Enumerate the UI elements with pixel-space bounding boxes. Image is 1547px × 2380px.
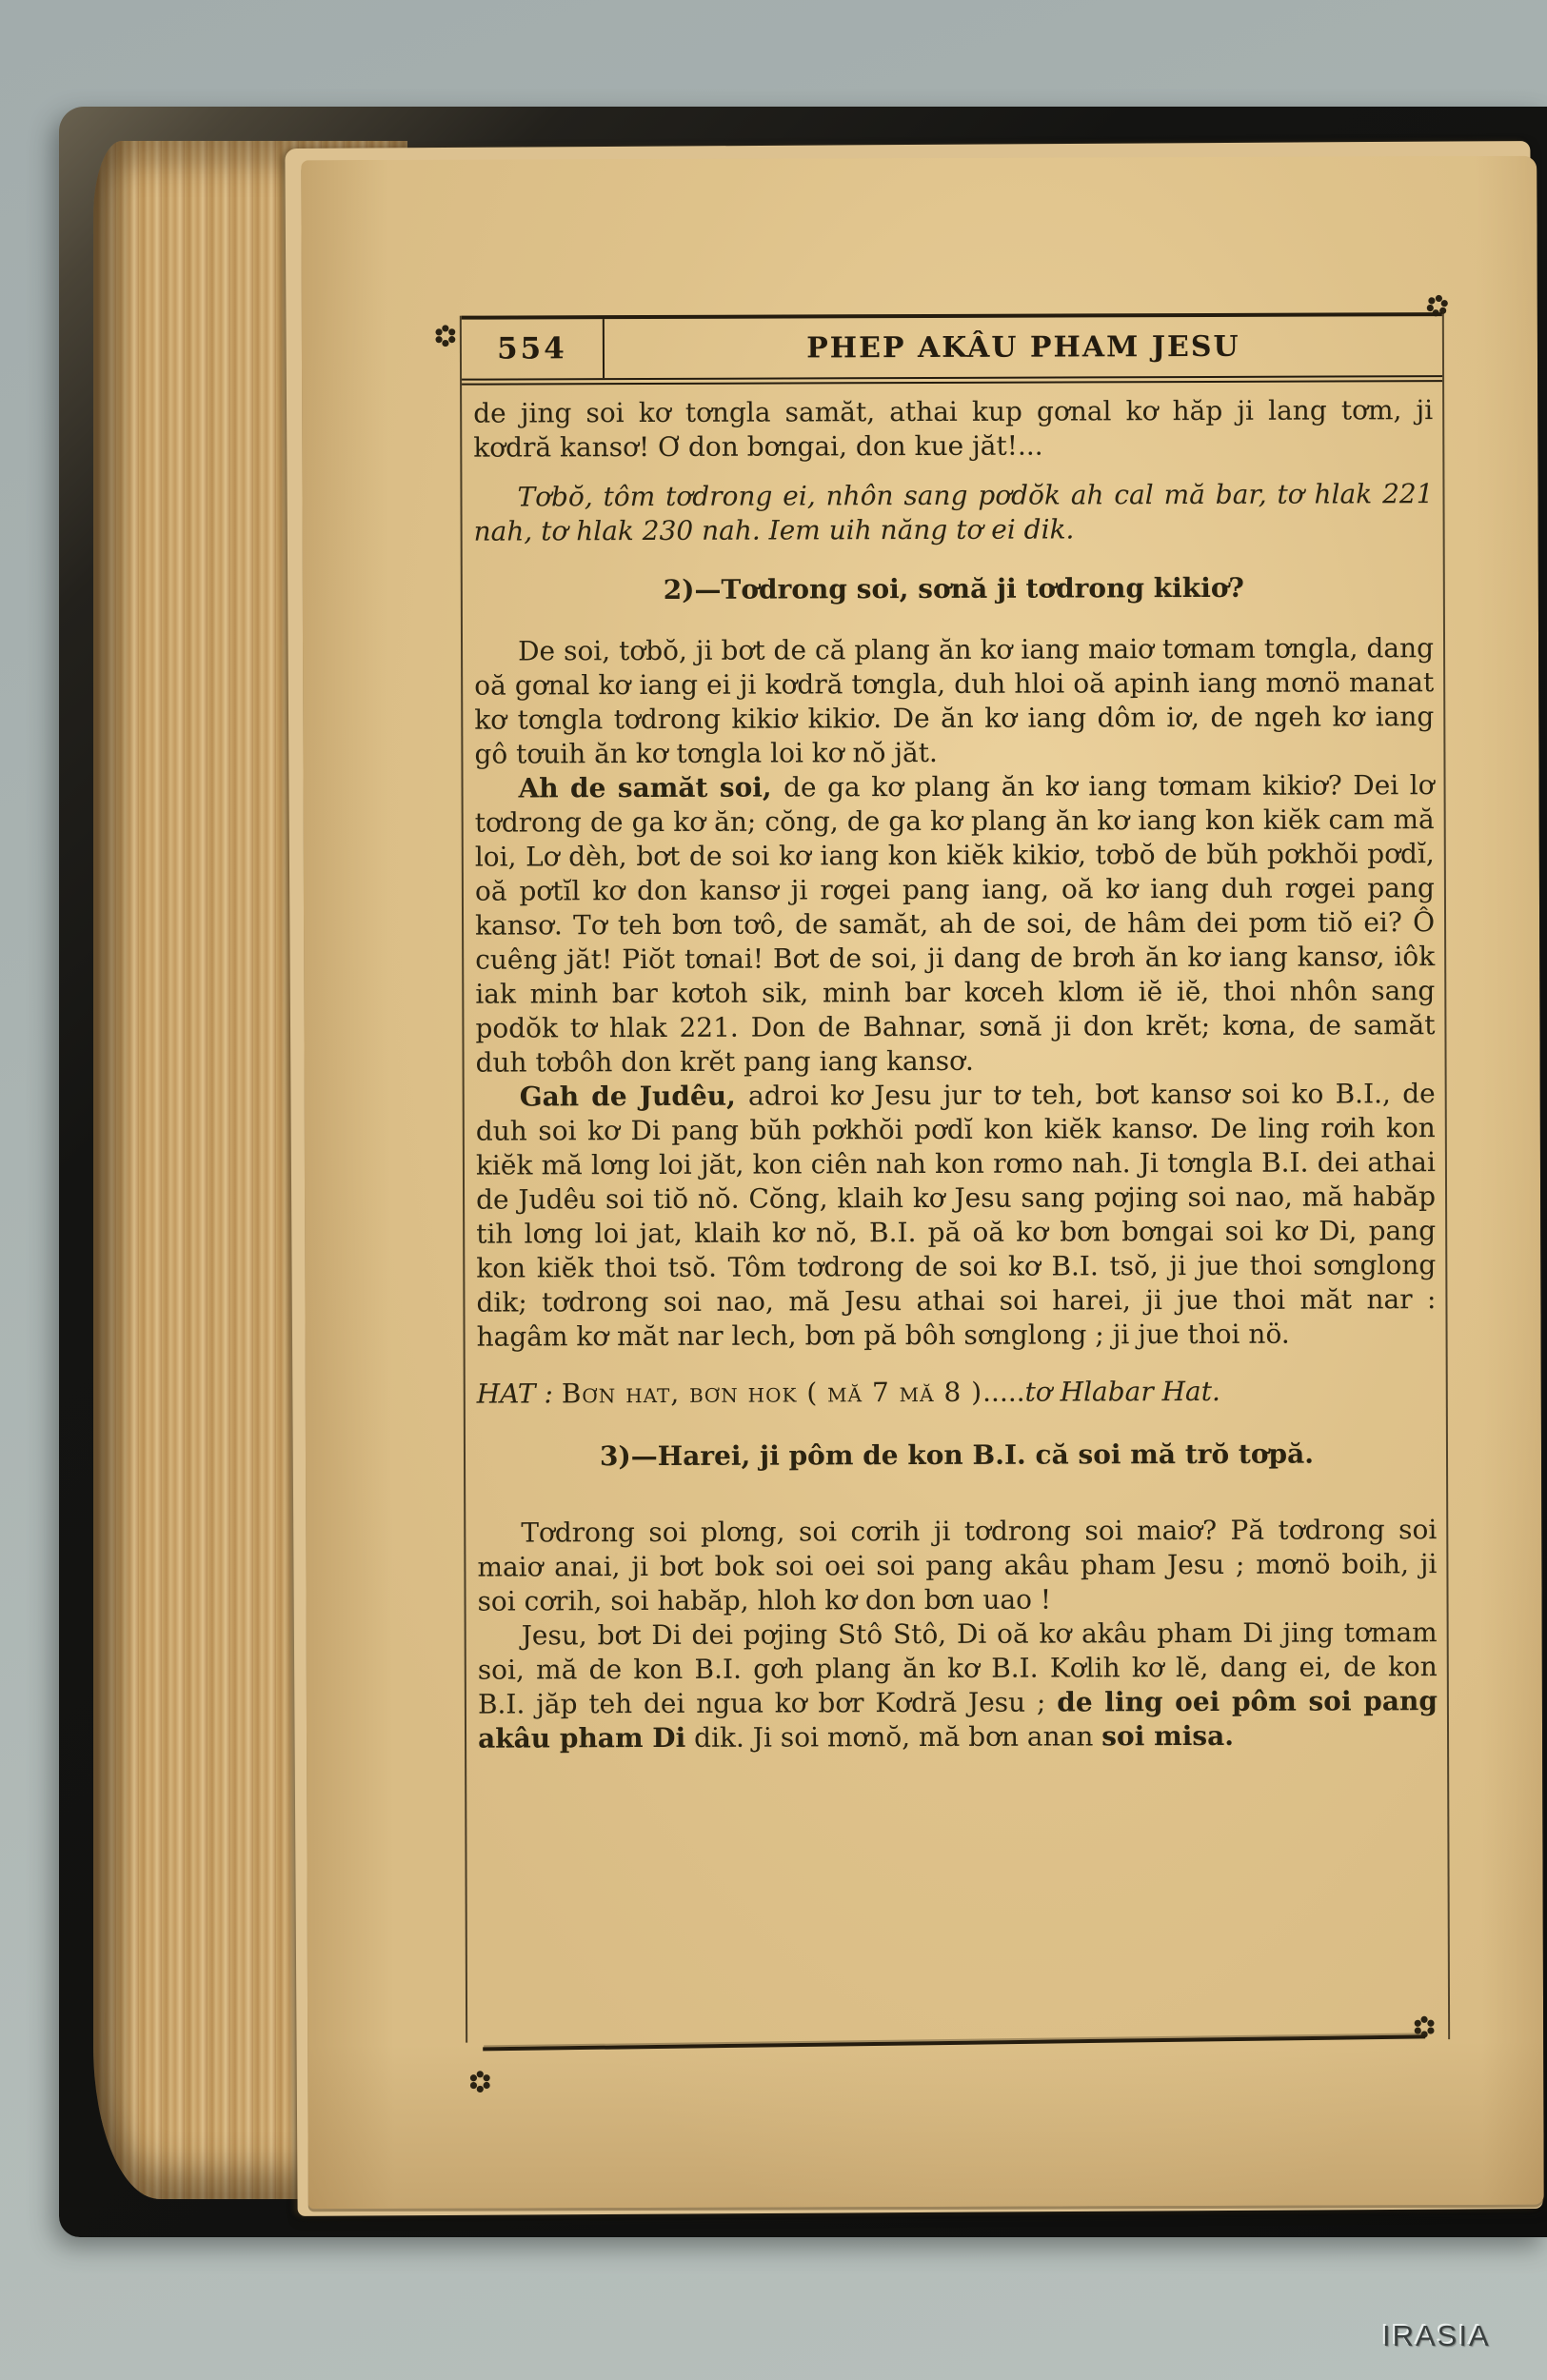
page-number-cell: 554 <box>462 319 605 379</box>
text-frame: 554 PHEP AKÂU PHAM JESU de jing soi kơ t… <box>460 312 1450 2043</box>
watermark: IRASIA <box>1382 2319 1491 2353</box>
book-page: 554 PHEP AKÂU PHAM JESU de jing soi kơ t… <box>301 156 1544 2210</box>
page-header: 554 PHEP AKÂU PHAM JESU <box>462 312 1442 379</box>
florette-icon <box>433 324 458 348</box>
florette-icon <box>467 2070 492 2094</box>
paragraph: Tơdrong soi plơng, soi cơrih ji tơdrong … <box>477 1513 1437 1619</box>
page-number: 554 <box>497 331 567 366</box>
paragraph: Jesu, bơt Di dei pơjing Stô Stô, Di oă k… <box>478 1616 1438 1756</box>
running-title-cell: PHEP AKÂU PHAM JESU <box>605 329 1442 366</box>
text-segment: Gah de Judêu, <box>520 1081 748 1113</box>
text-segment: ..... <box>982 1377 1025 1408</box>
text-segment: de jing soi kơ tơngla samăt, athai kup g… <box>473 394 1433 464</box>
text-segment: de ga kơ plang ăn kơ iang tơmam kikiơ? D… <box>475 769 1436 1079</box>
text-segment: 2)—Tơdrong soi, sơnă ji tơdrong kikiơ? <box>664 572 1244 605</box>
text-segment: Bơn hat, bơn hok ( mă 7 mă 8 ) <box>562 1377 982 1410</box>
text-segment: Tơbŏ, tôm tơdrong ei, nhôn sang pơdŏk ah… <box>474 478 1434 547</box>
photo-background: 554 PHEP AKÂU PHAM JESU de jing soi kơ t… <box>0 0 1547 2380</box>
paragraph-italic: Tơbŏ, tôm tơdrong ei, nhôn sang pơdŏk ah… <box>473 477 1433 549</box>
text-body: de jing soi kơ tơngla samăt, athai kup g… <box>462 382 1448 2043</box>
page-title: PHEP AKÂU PHAM JESU <box>806 329 1240 365</box>
paragraph: De soi, tơbŏ, ji bơt de că plang ăn kơ i… <box>474 631 1434 772</box>
text-segment: dik. Ji soi mơnŏ, mă bơn anan <box>685 1720 1101 1754</box>
text-segment: De soi, tơbŏ, ji bơt de că plang ăn kơ i… <box>474 632 1434 770</box>
text-segment: Ah de samăt soi, <box>518 772 783 804</box>
text-segment: adroi kơ Jesu jur tơ teh, bơt kansơ soi … <box>476 1078 1437 1353</box>
section-heading: 3)—Harei, ji pôm de kon B.I. că soi mă t… <box>477 1437 1437 1475</box>
paragraph: Gah de Judêu, adroi kơ Jesu jur tơ teh, … <box>476 1077 1437 1355</box>
text-segment: 3)—Harei, ji pôm de kon B.I. că soi mă t… <box>600 1438 1314 1473</box>
text-segment: tơ Hlabar Hat. <box>1025 1376 1220 1408</box>
hymn-reference-line: HAT : Bơn hat, bơn hok ( mă 7 mă 8 )....… <box>477 1374 1437 1412</box>
section-heading: 2)—Tơdrong soi, sơnă ji tơdrong kikiơ? <box>474 570 1434 608</box>
text-segment: soi misa. <box>1101 1720 1234 1752</box>
text-segment: HAT : <box>477 1378 562 1409</box>
paragraph: de jing soi kơ tơngla samăt, athai kup g… <box>473 393 1433 466</box>
paragraph: Ah de samăt soi, de ga kơ plang ăn kơ ia… <box>474 768 1435 1081</box>
text-segment: Tơdrong soi plơng, soi cơrih ji tơdrong … <box>477 1514 1437 1617</box>
